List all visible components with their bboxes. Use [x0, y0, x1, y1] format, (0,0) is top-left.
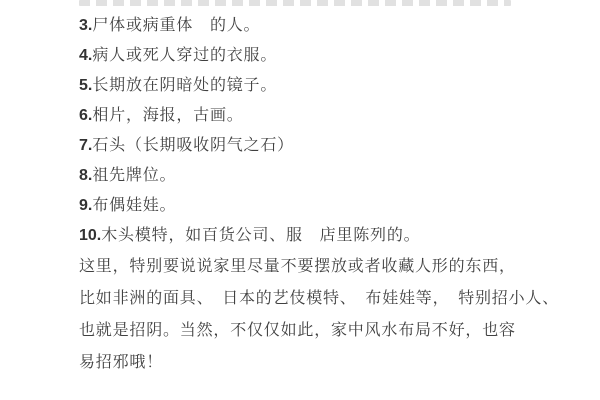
list-item-number: 8. [79, 167, 92, 184]
list-item-number: 7. [79, 137, 92, 154]
list-item-number: 5. [79, 77, 92, 94]
list-item-text: 布偶娃娃。 [92, 197, 176, 214]
list-item: 9.布偶娃娃。 [79, 191, 549, 221]
paragraph: 这里，特别要说说家里尽量不要摆放或者收藏人形的东西， 比如非洲的面具、 日本的艺… [79, 251, 549, 379]
list-item-number: 9. [79, 197, 92, 214]
list-item-text: 木头模特，如百货公司、服 店里陈列的。 [101, 227, 420, 244]
list-item-number: 6. [79, 107, 92, 124]
paragraph-line: 这里，特别要说说家里尽量不要摆放或者收藏人形的东西， [79, 251, 549, 283]
numbered-list: 3.尸体或病重体 的人。 4.病人或死人穿过的衣服。 5.长期放在阴暗处的镜子。… [79, 11, 549, 251]
list-item-number: 3. [79, 17, 92, 34]
list-item-text: 尸体或病重体 的人。 [92, 17, 260, 34]
list-item-number: 10. [79, 227, 101, 244]
list-item: 8.祖先牌位。 [79, 161, 549, 191]
list-item-text: 祖先牌位。 [92, 167, 176, 184]
clipped-text-remnant [79, 0, 511, 6]
list-item-text: 石头（长期吸收阴气之石） [92, 137, 294, 154]
document-body: 3.尸体或病重体 的人。 4.病人或死人穿过的衣服。 5.长期放在阴暗处的镜子。… [79, 11, 549, 379]
paragraph-line: 比如非洲的面具、 日本的艺伎模特、 布娃娃等， 特别招小人、 [79, 283, 549, 315]
list-item: 3.尸体或病重体 的人。 [79, 11, 549, 41]
paragraph-line: 也就是招阴。当然，不仅仅如此，家中风水布局不好，也容 [79, 315, 549, 347]
list-item: 4.病人或死人穿过的衣服。 [79, 41, 549, 71]
list-item-number: 4. [79, 47, 92, 64]
list-item: 6.相片，海报，古画。 [79, 101, 549, 131]
document-page: 3.尸体或病重体 的人。 4.病人或死人穿过的衣服。 5.长期放在阴暗处的镜子。… [0, 0, 600, 400]
list-item-text: 相片，海报，古画。 [92, 107, 243, 124]
paragraph-line: 易招邪哦！ [79, 347, 549, 379]
list-item-text: 病人或死人穿过的衣服。 [92, 47, 277, 64]
list-item-text: 长期放在阴暗处的镜子。 [92, 77, 277, 94]
list-item: 7.石头（长期吸收阴气之石） [79, 131, 549, 161]
list-item: 5.长期放在阴暗处的镜子。 [79, 71, 549, 101]
list-item: 10.木头模特，如百货公司、服 店里陈列的。 [79, 221, 549, 251]
